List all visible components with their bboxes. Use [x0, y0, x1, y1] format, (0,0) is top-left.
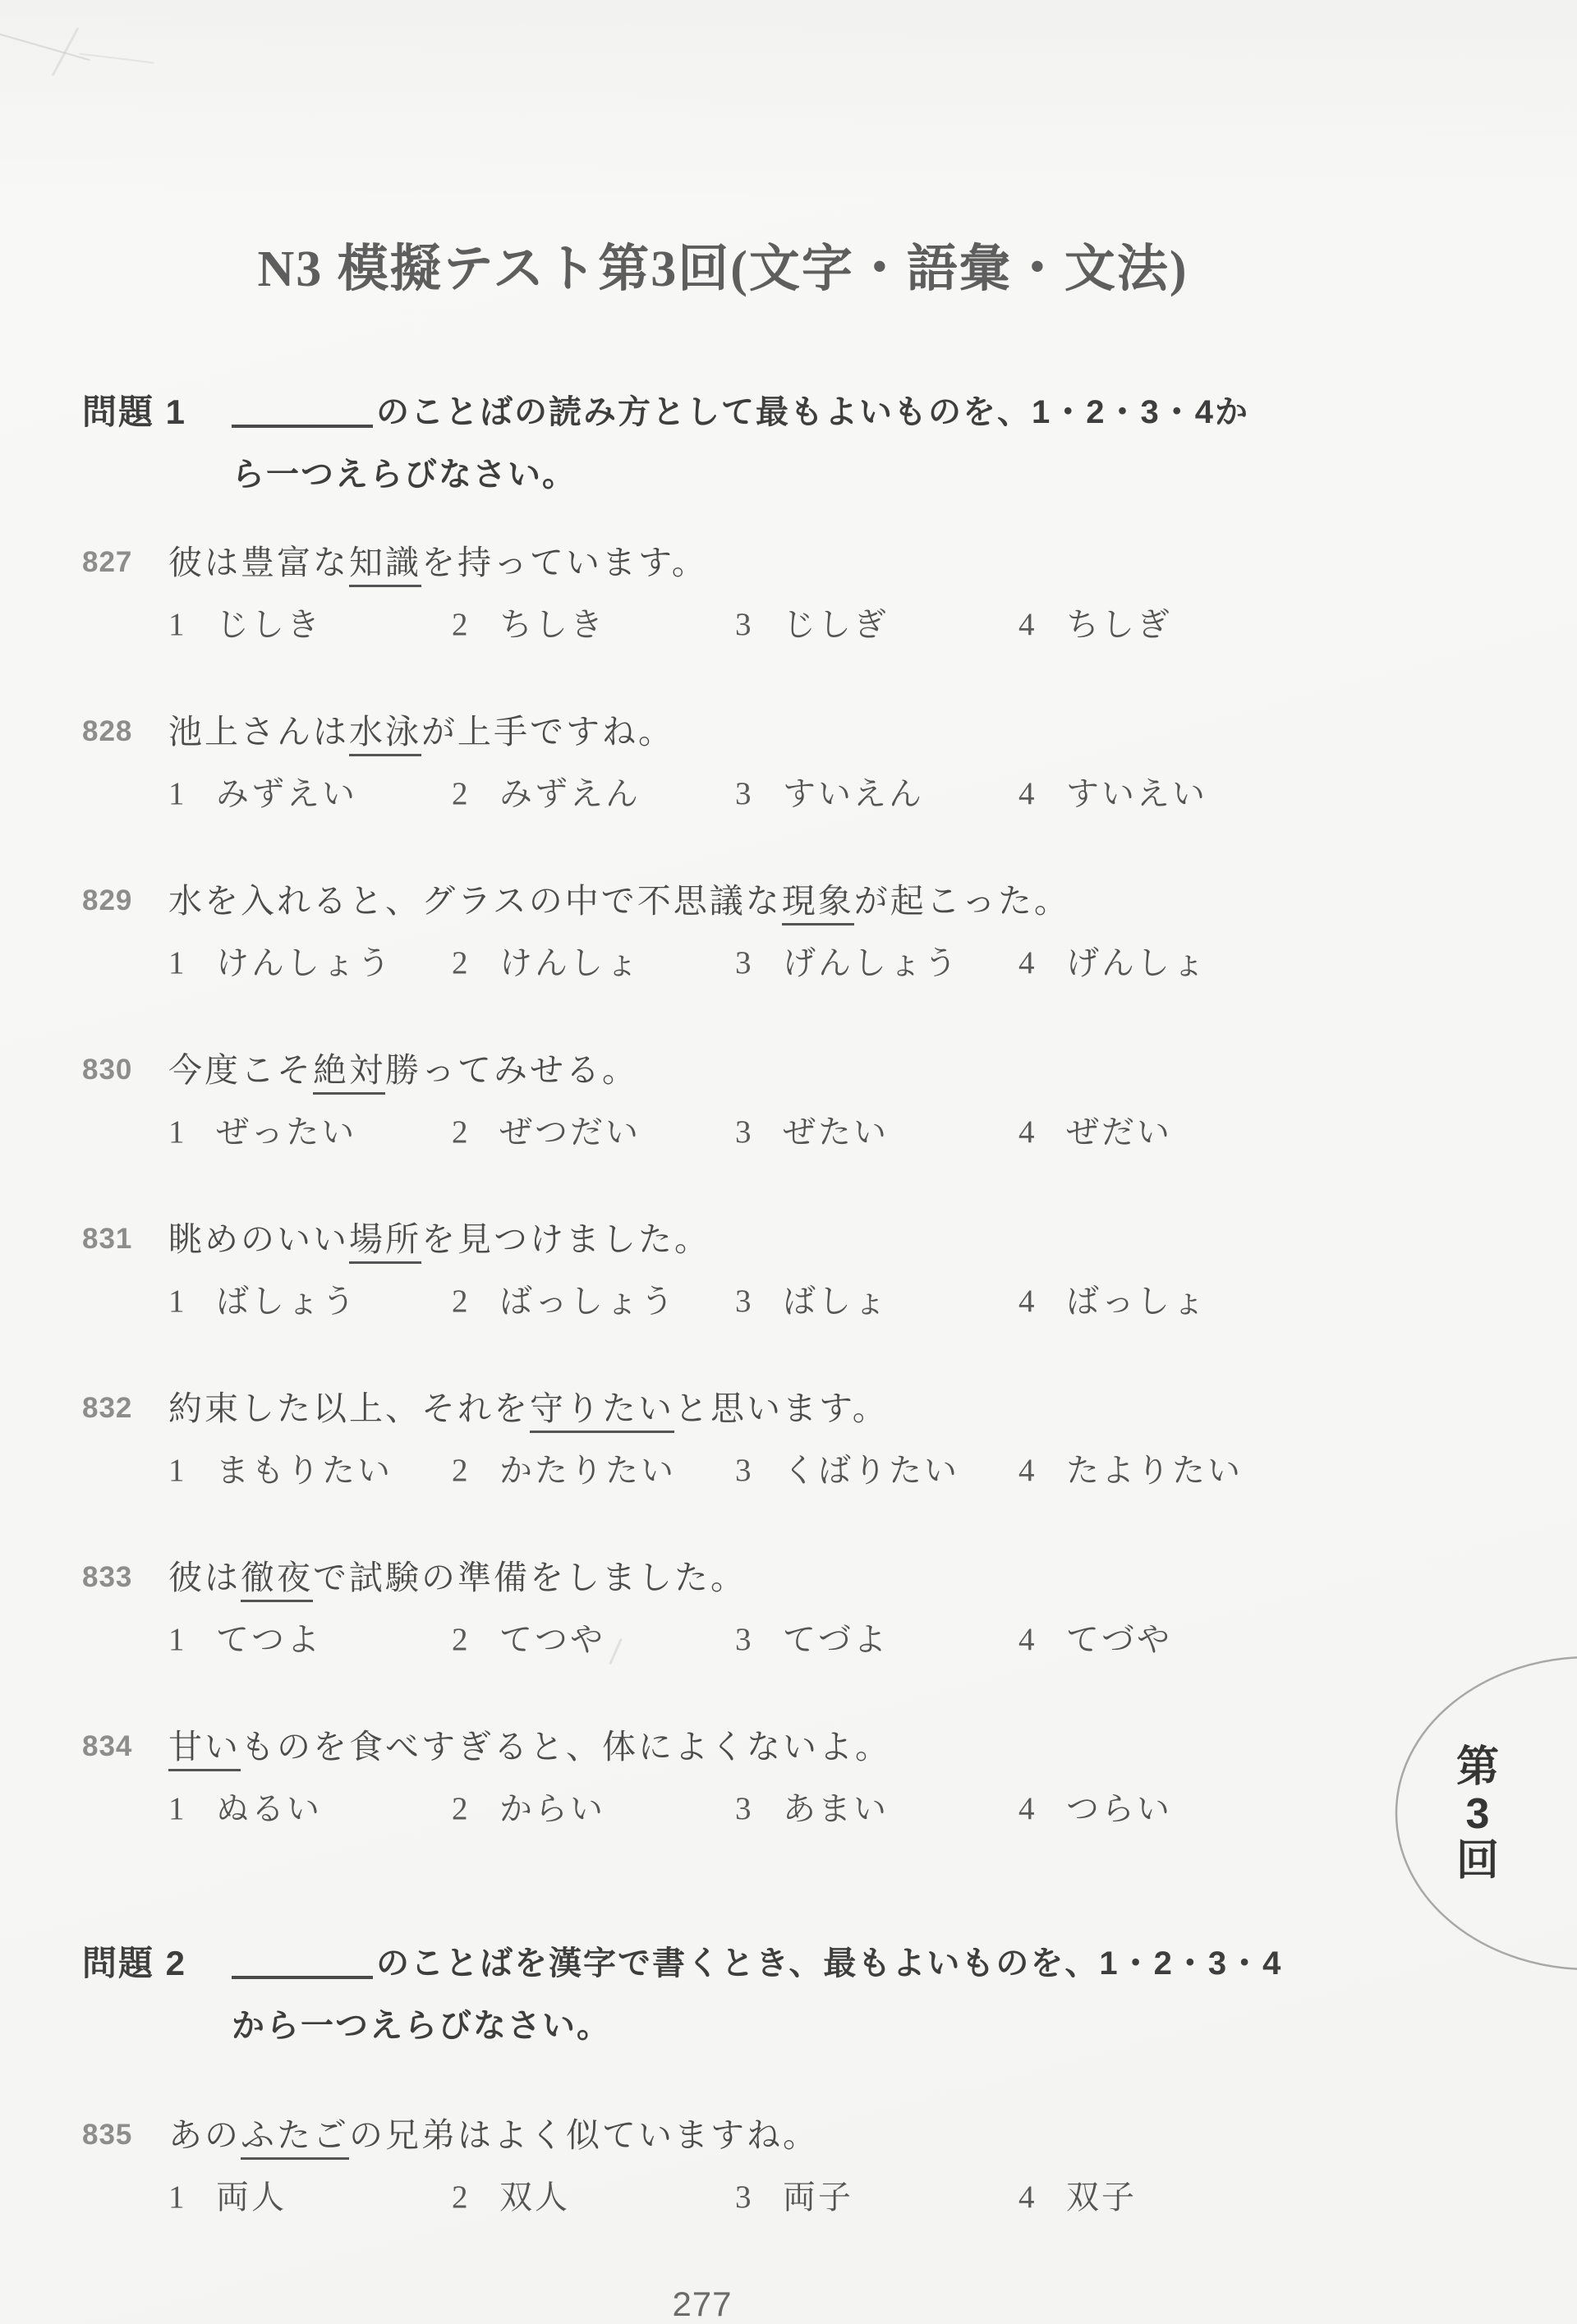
- question-options: 1 てつよ 2 てつや 3 てづよ 4 てづや: [168, 1619, 1363, 1660]
- option-number: 3: [735, 1619, 783, 1660]
- option-text: じしぎ: [783, 604, 889, 645]
- question-block: 833 彼は徹夜で試験の準備をしました。 1 てつよ 2 てつや 3 てづよ 4…: [82, 1557, 1363, 1660]
- question-sentence: 約束した以上、それを守りたいと思います。: [168, 1388, 889, 1429]
- sentence-post: と思います。: [674, 1389, 889, 1427]
- option-text: からい: [499, 1789, 605, 1830]
- question-block: 827 彼は豊富な知識を持っています。 1 じしき 2 ちしき 3 じしぎ 4 …: [82, 542, 1363, 645]
- option-number: 3: [735, 1112, 783, 1153]
- option-number: 3: [735, 1789, 783, 1830]
- option-number: 3: [735, 943, 783, 984]
- question-number: 829: [82, 880, 168, 917]
- answer-option: 1 てつよ: [168, 1619, 452, 1660]
- answer-option: 3 じしぎ: [735, 604, 1018, 645]
- answer-option: 4 双子: [1018, 2177, 1137, 2218]
- answer-option: 3 くばりたい: [735, 1450, 1018, 1491]
- option-text: てづよ: [783, 1619, 889, 1660]
- option-text: すいえん: [783, 774, 924, 815]
- answer-option: 1 みずえい: [168, 774, 452, 815]
- section-header: 問題 2 のことばを漢字で書くとき、最もよいものを、1・2・3・4 から一つえら…: [82, 1932, 1363, 2057]
- sentence-pre: 彼は: [168, 1559, 241, 1596]
- option-text: 双子: [1066, 2177, 1137, 2218]
- section-label: 問題 1: [82, 381, 232, 506]
- instruction-line-1: のことばを漢字で書くとき、最もよいものを、1・2・3・4: [376, 1945, 1282, 1982]
- option-number: 4: [1018, 1619, 1066, 1660]
- option-text: ばしょう: [216, 1281, 357, 1322]
- question-sentence: 彼は豊富な知識を持っています。: [168, 542, 708, 583]
- option-number: 2: [452, 2177, 499, 2218]
- answer-option: 2 てつや: [452, 1619, 735, 1660]
- sentence-pre: 水を入れると、グラスの中で不思議な: [168, 882, 782, 920]
- option-text: つらい: [1066, 1789, 1172, 1830]
- question-block: 828 池上さんは水泳が上手ですね。 1 みずえい 2 みずえん 3 すいえん …: [82, 711, 1363, 815]
- question-options: 1 けんしょう 2 けんしょ 3 げんしょう 4 げんしょ: [168, 943, 1363, 984]
- page-number: 277: [62, 2284, 1343, 2324]
- answer-option: 4 ぜだい: [1018, 1112, 1172, 1153]
- option-number: 3: [735, 604, 783, 645]
- option-number: 1: [168, 2177, 216, 2218]
- answer-option: 1 両人: [168, 2177, 452, 2218]
- section-label: 問題 2: [82, 1932, 232, 2057]
- answer-option: 1 ばしょう: [168, 1281, 452, 1322]
- answer-option: 2 みずえん: [452, 774, 735, 815]
- option-text: たよりたい: [1066, 1450, 1243, 1491]
- question-number: 830: [82, 1049, 168, 1086]
- underlined-target-word: 知識: [349, 544, 421, 587]
- option-number: 2: [452, 1112, 499, 1153]
- option-number: 1: [168, 774, 216, 815]
- question-block: 832 約束した以上、それを守りたいと思います。 1 まもりたい 2 かたりたい…: [82, 1388, 1363, 1491]
- answer-option: 2 ばっしょう: [452, 1281, 735, 1322]
- underlined-target-word: ふたご: [241, 2116, 349, 2160]
- option-text: あまい: [783, 1789, 889, 1830]
- answer-option: 1 ぬるい: [168, 1789, 452, 1830]
- option-text: ぜつだい: [499, 1112, 641, 1153]
- option-text: ぬるい: [216, 1789, 322, 1830]
- question-sentence: 今度こそ絶対勝ってみせる。: [168, 1049, 638, 1091]
- sentence-pre: 眺めのいい: [168, 1220, 349, 1258]
- sentence-pre: 池上さんは: [168, 713, 349, 751]
- option-text: 両人: [216, 2177, 287, 2218]
- answer-option: 4 てづや: [1018, 1619, 1172, 1660]
- option-number: 4: [1018, 1112, 1066, 1153]
- sentence-pre: 彼は豊富な: [168, 544, 349, 581]
- option-text: ぜだい: [1066, 1112, 1172, 1153]
- question-number: 827: [82, 542, 168, 579]
- option-text: ばっしょ: [1066, 1281, 1207, 1322]
- sentence-post: 勝ってみせる。: [385, 1051, 638, 1089]
- option-number: 1: [168, 1281, 216, 1322]
- side-tab-char: 3: [1453, 1791, 1502, 1838]
- question-options: 1 ばしょう 2 ばっしょう 3 ばしょ 4 ばっしょ: [168, 1281, 1363, 1322]
- sentence-post: が起こった。: [854, 882, 1070, 920]
- option-text: ばっしょう: [499, 1281, 676, 1322]
- question-options: 1 両人 2 双人 3 両子 4 双子: [168, 2177, 1363, 2218]
- option-text: ぜたい: [783, 1112, 889, 1153]
- option-text: げんしょ: [1066, 943, 1207, 984]
- question-options: 1 ぜったい 2 ぜつだい 3 ぜたい 4 ぜだい: [168, 1112, 1363, 1153]
- question-sentence: 眺めのいい場所を見つけました。: [168, 1219, 710, 1260]
- option-text: ばしょ: [783, 1281, 889, 1322]
- question-block: 830 今度こそ絶対勝ってみせる。 1 ぜったい 2 ぜつだい 3 ぜたい 4 …: [82, 1049, 1363, 1153]
- answer-option: 1 まもりたい: [168, 1450, 452, 1491]
- option-number: 1: [168, 1789, 216, 1830]
- underlined-target-word: 場所: [349, 1220, 421, 1264]
- underlined-target-word: 守りたい: [530, 1389, 674, 1433]
- answer-option: 2 ぜつだい: [452, 1112, 735, 1153]
- question-number: 828: [82, 711, 168, 748]
- option-number: 2: [452, 1450, 499, 1491]
- underlined-target-word: 絶対: [313, 1051, 385, 1095]
- option-number: 4: [1018, 2177, 1066, 2218]
- question-options: 1 みずえい 2 みずえん 3 すいえん 4 すいえい: [168, 774, 1363, 815]
- answer-option: 2 双人: [452, 2177, 735, 2218]
- option-number: 3: [735, 1281, 783, 1322]
- underlined-target-word: 現象: [782, 882, 854, 925]
- question-number: 834: [82, 1726, 168, 1763]
- sentence-post: が上手ですね。: [421, 713, 674, 751]
- question-options: 1 じしき 2 ちしき 3 じしぎ 4 ちしぎ: [168, 604, 1363, 645]
- blank-underline: [232, 1946, 373, 1979]
- option-text: ちしぎ: [1066, 604, 1172, 645]
- section-header: 問題 1 のことばの読み方として最もよいものを、1・2・3・4か ら一つえらびな…: [82, 381, 1363, 506]
- answer-option: 4 すいえい: [1018, 774, 1207, 815]
- option-number: 4: [1018, 604, 1066, 645]
- option-number: 4: [1018, 1789, 1066, 1830]
- option-text: てつよ: [216, 1619, 322, 1660]
- sentence-post: を持っています。: [421, 544, 708, 581]
- sentence-post: で試験の準備をしました。: [313, 1559, 747, 1596]
- question-number: 831: [82, 1219, 168, 1256]
- answer-option: 3 両子: [735, 2177, 1018, 2218]
- instruction-line-2: から一つえらびなさい。: [232, 1995, 1282, 2057]
- option-text: かたりたい: [499, 1450, 676, 1491]
- question-options: 1 ぬるい 2 からい 3 あまい 4 つらい: [168, 1789, 1363, 1830]
- answer-option: 1 ぜったい: [168, 1112, 452, 1153]
- option-text: くばりたい: [783, 1450, 959, 1491]
- question-sentence: 甘いものを食べすぎると、体によくないよ。: [168, 1726, 891, 1767]
- answer-option: 3 ばしょ: [735, 1281, 1018, 1322]
- option-text: ちしき: [499, 604, 605, 645]
- option-text: まもりたい: [216, 1450, 393, 1491]
- scanned-test-page: N3 模擬テスト第3回(文字・語彙・文法) 問題 1 のことばの読み方として最も…: [0, 0, 1577, 2324]
- answer-option: 4 ばっしょ: [1018, 1281, 1207, 1322]
- side-tab-char: 回: [1453, 1838, 1502, 1885]
- instruction-line-2: ら一つえらびなさい。: [232, 443, 1249, 506]
- sentence-post: の兄弟はよく似ていますね。: [349, 2116, 819, 2154]
- option-number: 2: [452, 1789, 499, 1830]
- option-number: 4: [1018, 943, 1066, 984]
- answer-option: 2 ちしき: [452, 604, 735, 645]
- question-sentence: 彼は徹夜で試験の準備をしました。: [168, 1557, 747, 1598]
- question-options: 1 まもりたい 2 かたりたい 3 くばりたい 4 たよりたい: [168, 1450, 1363, 1491]
- answer-option: 3 ぜたい: [735, 1112, 1018, 1153]
- question-block: 829 水を入れると、グラスの中で不思議な現象が起こった。 1 けんしょう 2 …: [82, 880, 1363, 984]
- question-block: 835 あのふたごの兄弟はよく似ていますね。 1 両人 2 双人 3 両子 4 …: [82, 2115, 1363, 2218]
- sentence-pre: 約束した以上、それを: [168, 1389, 530, 1427]
- question-number: 833: [82, 1557, 168, 1594]
- option-text: じしき: [216, 604, 322, 645]
- question-block: 831 眺めのいい場所を見つけました。 1 ばしょう 2 ばっしょう 3 ばしょ…: [82, 1219, 1363, 1322]
- option-number: 2: [452, 1281, 499, 1322]
- underlined-target-word: 水泳: [349, 713, 421, 756]
- sentence-pre: あの: [168, 2116, 241, 2154]
- side-tab-char: 第: [1453, 1744, 1502, 1791]
- option-number: 4: [1018, 1281, 1066, 1322]
- answer-option: 3 げんしょう: [735, 943, 1018, 984]
- section-instruction: のことばの読み方として最もよいものを、1・2・3・4か ら一つえらびなさい。: [232, 381, 1249, 506]
- test-body: 問題 1 のことばの読み方として最もよいものを、1・2・3・4か ら一つえらびな…: [82, 381, 1363, 2218]
- option-number: 2: [452, 774, 499, 815]
- answer-option: 4 げんしょ: [1018, 943, 1207, 984]
- answer-option: 3 てづよ: [735, 1619, 1018, 1660]
- sentence-post: ものを食べすぎると、体によくないよ。: [241, 1728, 891, 1766]
- option-number: 3: [735, 2177, 783, 2218]
- question-sentence: 池上さんは水泳が上手ですね。: [168, 711, 674, 752]
- answer-option: 2 けんしょ: [452, 943, 735, 984]
- answer-option: 2 かたりたい: [452, 1450, 735, 1491]
- option-text: ぜったい: [216, 1112, 356, 1153]
- answer-option: 4 ちしぎ: [1018, 604, 1172, 645]
- option-text: げんしょう: [783, 943, 959, 984]
- side-tab-label: 第 3 回: [1453, 1744, 1502, 1885]
- answer-option: 1 じしき: [168, 604, 452, 645]
- answer-option: 4 たよりたい: [1018, 1450, 1243, 1491]
- option-text: けんしょ: [499, 943, 641, 984]
- answer-option: 3 すいえん: [735, 774, 1018, 815]
- underlined-target-word: 甘い: [168, 1728, 241, 1771]
- answer-option: 3 あまい: [735, 1789, 1018, 1830]
- answer-option: 2 からい: [452, 1789, 735, 1830]
- blank-underline: [232, 395, 373, 428]
- instruction-line-1: のことばの読み方として最もよいものを、1・2・3・4か: [376, 394, 1249, 430]
- option-number: 3: [735, 774, 783, 815]
- option-text: 双人: [499, 2177, 570, 2218]
- option-number: 4: [1018, 1450, 1066, 1491]
- sentence-pre: 今度こそ: [168, 1051, 313, 1089]
- option-text: てづや: [1066, 1619, 1172, 1660]
- option-number: 1: [168, 1619, 216, 1660]
- option-text: みずえい: [216, 774, 357, 815]
- underlined-target-word: 徹夜: [241, 1559, 313, 1602]
- option-number: 1: [168, 1112, 216, 1153]
- option-number: 4: [1018, 774, 1066, 815]
- question-number: 832: [82, 1388, 168, 1425]
- sentence-post: を見つけました。: [421, 1220, 710, 1258]
- option-number: 2: [452, 1619, 499, 1660]
- option-number: 1: [168, 1450, 216, 1491]
- question-sentence: 水を入れると、グラスの中で不思議な現象が起こった。: [168, 880, 1070, 921]
- option-number: 1: [168, 943, 216, 984]
- option-text: てつや: [499, 1619, 605, 1660]
- option-text: 両子: [783, 2177, 853, 2218]
- question-block: 834 甘いものを食べすぎると、体によくないよ。 1 ぬるい 2 からい 3 あ…: [82, 1726, 1363, 1830]
- scan-shading: [0, 0, 1577, 197]
- answer-option: 4 つらい: [1018, 1789, 1172, 1830]
- option-number: 2: [452, 943, 499, 984]
- question-sentence: あのふたごの兄弟はよく似ていますね。: [168, 2115, 819, 2156]
- option-number: 1: [168, 604, 216, 645]
- option-text: みずえん: [499, 774, 641, 815]
- option-text: すいえい: [1066, 774, 1207, 815]
- answer-option: 1 けんしょう: [168, 943, 452, 984]
- question-number: 835: [82, 2115, 168, 2152]
- page-content: N3 模擬テスト第3回(文字・語彙・文法) 問題 1 のことばの読み方として最も…: [82, 0, 1363, 2324]
- option-text: けんしょう: [216, 943, 393, 984]
- section-instruction: のことばを漢字で書くとき、最もよいものを、1・2・3・4 から一つえらびなさい。: [232, 1932, 1282, 2057]
- option-number: 3: [735, 1450, 783, 1491]
- option-number: 2: [452, 604, 499, 645]
